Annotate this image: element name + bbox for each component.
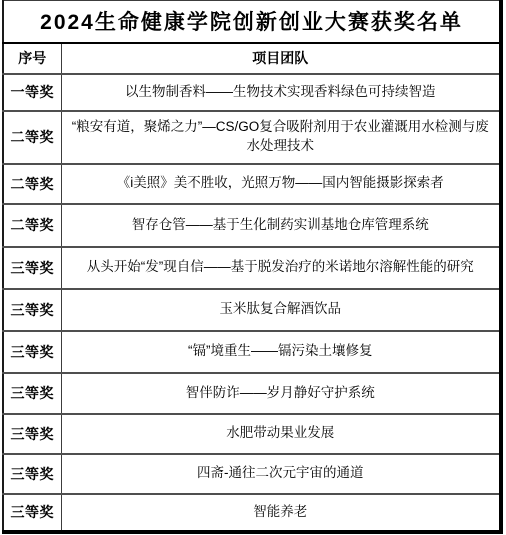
table-row: 三等奖 水肥带动果业发展 bbox=[3, 414, 501, 454]
project-name-cell: 《i美照》美不胜收，光照万物——国内智能摄影探索者 bbox=[61, 164, 501, 204]
page-title: 2024生命健康学院创新创业大赛获奖名单 bbox=[3, 1, 501, 43]
table-row: 三等奖 “镉”境重生——镉污染土壤修复 bbox=[3, 331, 501, 373]
project-name-cell: “镉”境重生——镉污染土壤修复 bbox=[61, 331, 501, 373]
table-row: 三等奖 智伴防诈——岁月静好守护系统 bbox=[3, 373, 501, 414]
title-row: 2024生命健康学院创新创业大赛获奖名单 bbox=[3, 1, 501, 43]
table-row: 三等奖 智能养老 bbox=[3, 494, 501, 532]
awards-table-body: 2024生命健康学院创新创业大赛获奖名单 序号 项目团队 一等奖 以生物制香料—… bbox=[3, 1, 501, 532]
award-level-cell: 三等奖 bbox=[3, 494, 61, 532]
award-level-cell: 二等奖 bbox=[3, 111, 61, 164]
table-row: 二等奖 智存仓管——基于生化制药实训基地仓库管理系统 bbox=[3, 204, 501, 247]
project-name-cell: 玉米肽复合解酒饮品 bbox=[61, 289, 501, 331]
awards-table: 2024生命健康学院创新创业大赛获奖名单 序号 项目团队 一等奖 以生物制香料—… bbox=[2, 0, 503, 534]
header-row: 序号 项目团队 bbox=[3, 43, 501, 74]
award-level-cell: 三等奖 bbox=[3, 331, 61, 373]
table-row: 二等奖 “粮安有道，聚烯之力”—CS/GO复合吸附剂用于农业灌溉用水检测与废水处… bbox=[3, 111, 501, 164]
table-row: 三等奖 从头开始“发”现自信——基于脱发治疗的米诺地尔溶解性能的研究 bbox=[3, 247, 501, 289]
award-level-cell: 三等奖 bbox=[3, 373, 61, 414]
project-name-cell: 智伴防诈——岁月静好守护系统 bbox=[61, 373, 501, 414]
table-row: 三等奖 四斋-通往二次元宇宙的通道 bbox=[3, 454, 501, 494]
project-name-cell: 从头开始“发”现自信——基于脱发治疗的米诺地尔溶解性能的研究 bbox=[61, 247, 501, 289]
award-level-cell: 二等奖 bbox=[3, 204, 61, 247]
award-level-cell: 二等奖 bbox=[3, 164, 61, 204]
column-header-serial: 序号 bbox=[3, 43, 61, 74]
project-name-cell: 水肥带动果业发展 bbox=[61, 414, 501, 454]
project-name-cell: 以生物制香料——生物技术实现香料绿色可持续智造 bbox=[61, 74, 501, 111]
table-row: 一等奖 以生物制香料——生物技术实现香料绿色可持续智造 bbox=[3, 74, 501, 111]
award-level-cell: 三等奖 bbox=[3, 414, 61, 454]
table-row: 二等奖 《i美照》美不胜收，光照万物——国内智能摄影探索者 bbox=[3, 164, 501, 204]
awards-document-page: 2024生命健康学院创新创业大赛获奖名单 序号 项目团队 一等奖 以生物制香料—… bbox=[0, 0, 506, 535]
award-level-cell: 三等奖 bbox=[3, 454, 61, 494]
award-level-cell: 一等奖 bbox=[3, 74, 61, 111]
project-name-cell: 四斋-通往二次元宇宙的通道 bbox=[61, 454, 501, 494]
project-name-cell: “粮安有道，聚烯之力”—CS/GO复合吸附剂用于农业灌溉用水检测与废水处理技术 bbox=[61, 111, 501, 164]
project-name-cell: 智存仓管——基于生化制药实训基地仓库管理系统 bbox=[61, 204, 501, 247]
column-header-project-team: 项目团队 bbox=[61, 43, 501, 74]
table-row: 三等奖 玉米肽复合解酒饮品 bbox=[3, 289, 501, 331]
project-name-cell: 智能养老 bbox=[61, 494, 501, 532]
award-level-cell: 三等奖 bbox=[3, 289, 61, 331]
award-level-cell: 三等奖 bbox=[3, 247, 61, 289]
